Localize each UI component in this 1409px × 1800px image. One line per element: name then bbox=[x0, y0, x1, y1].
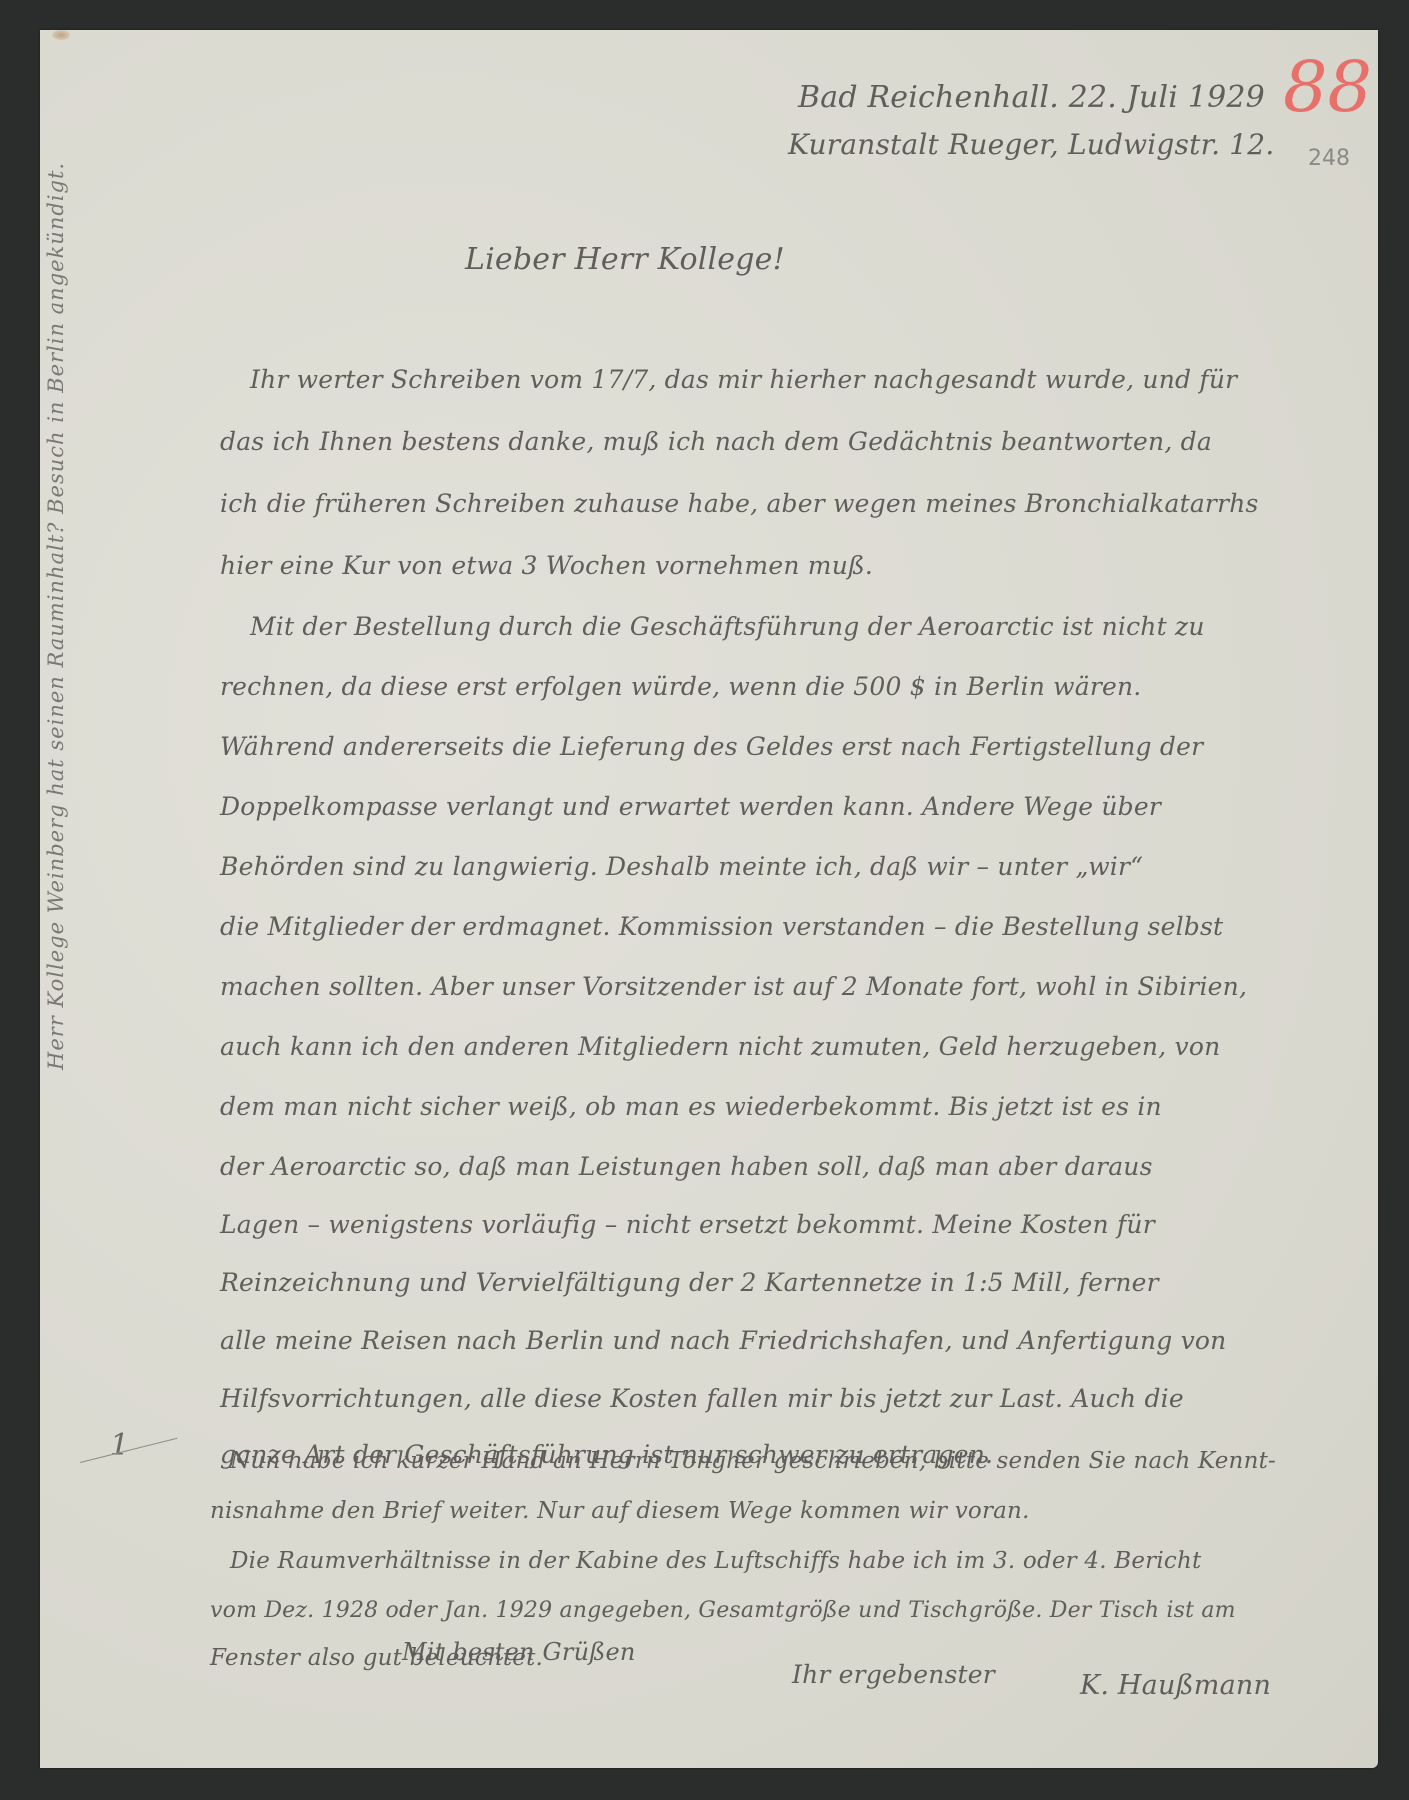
body-line: Während andererseits die Lieferung des G… bbox=[220, 732, 1203, 761]
salutation: Lieber Herr Kollege! bbox=[465, 242, 785, 277]
body-line: Die Raumverhältnisse in der Kabine des L… bbox=[230, 1548, 1201, 1574]
address: Kuranstalt Rueger, Ludwigstr. 12. bbox=[788, 128, 1274, 161]
body-line: Hilfsvorrichtungen, alle diese Kosten fa… bbox=[220, 1384, 1184, 1413]
margin-marker: 1 bbox=[110, 1428, 129, 1463]
body-line: auch kann ich den anderen Mitgliedern ni… bbox=[220, 1032, 1220, 1061]
body-line: Nun habe ich kurzer Hand an Herrn Tonghe… bbox=[230, 1448, 1276, 1474]
signature: K. Haußmann bbox=[1080, 1670, 1271, 1701]
body-line: rechnen, da diese erst erfolgen würde, w… bbox=[220, 672, 1141, 701]
closing-greeting: Mit besten Grüßen bbox=[402, 1638, 636, 1666]
letter-paper: 88 248 Bad Reichenhall. 22. Juli 1929 Ku… bbox=[40, 30, 1378, 1768]
margin-note: Herr Kollege Weinberg hat seinen Rauminh… bbox=[44, 140, 68, 1070]
body-line: Mit der Bestellung durch die Geschäftsfü… bbox=[250, 612, 1205, 641]
body-line: die Mitglieder der erdmagnet. Kommission… bbox=[220, 912, 1223, 941]
body-line: dem man nicht sicher weiß, ob man es wie… bbox=[220, 1092, 1162, 1121]
body-line: das ich Ihnen bestens danke, muß ich nac… bbox=[220, 427, 1212, 456]
paper-stain bbox=[52, 30, 70, 40]
body-line: alle meine Reisen nach Berlin und nach F… bbox=[220, 1326, 1226, 1355]
body-line: Ihr werter Schreiben vom 17/7, das mir h… bbox=[250, 365, 1237, 394]
body-line: Reinzeichnung und Vervielfältigung der 2… bbox=[220, 1268, 1159, 1297]
body-line: Doppelkompasse verlangt und erwartet wer… bbox=[220, 792, 1161, 821]
archive-number-red: 88 bbox=[1283, 52, 1372, 122]
body-line: ich die früheren Schreiben zuhause habe,… bbox=[220, 489, 1259, 518]
body-line: hier eine Kur von etwa 3 Wochen vornehme… bbox=[220, 551, 873, 580]
body-line: machen sollten. Aber unser Vorsitzender … bbox=[220, 972, 1247, 1001]
body-line: Behörden sind zu langwierig. Deshalb mei… bbox=[220, 852, 1143, 881]
body-line: der Aeroarctic so, daß man Leistungen ha… bbox=[220, 1152, 1153, 1181]
folio-number: 248 bbox=[1308, 146, 1350, 171]
body-line: vom Dez. 1928 oder Jan. 1929 angegeben, … bbox=[210, 1598, 1236, 1623]
place-date: Bad Reichenhall. 22. Juli 1929 bbox=[798, 80, 1265, 115]
closing-valediction: Ihr ergebenster bbox=[792, 1660, 995, 1689]
body-line: nisnahme den Brief weiter. Nur auf diese… bbox=[210, 1498, 1030, 1524]
body-line: Lagen – wenigstens vorläufig – nicht ers… bbox=[220, 1210, 1155, 1239]
